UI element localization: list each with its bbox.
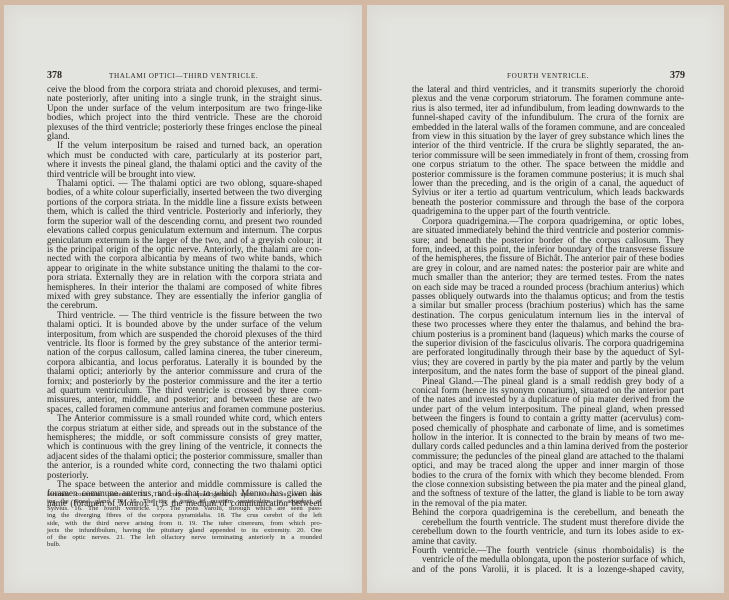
right-page: FOURTH VENTRICLE. 379 the lateral and th… (367, 5, 724, 593)
text-line: plexuses of the third ventricle; posteri… (47, 123, 322, 132)
left-page-footnotes: foramen commune posterius. 13. The corpo… (47, 491, 322, 548)
text-line: ing the pineal gland, 14. 15. The iter a… (47, 498, 322, 505)
right-running-head: FOURTH VENTRICLE. (507, 72, 589, 80)
text-line: side, with the third nerve arising from … (47, 520, 322, 527)
text-line: bulb. (47, 541, 322, 548)
left-page-header: 378 THALAMI OPTICI—THIRD VENTRICLE. (47, 72, 321, 84)
text-line: foramen commune posterius. 13. The corpo… (47, 491, 322, 498)
right-page-body-text: the lateral and third ventricles, and it… (412, 85, 684, 574)
left-running-head: THALAMI OPTICI—THIRD VENTRICLE. (109, 72, 258, 80)
text-line: ing the diverging fibres of the corpora … (47, 512, 322, 519)
text-line: Sylvius. 16. The fourth ventricle. 17. T… (47, 505, 322, 512)
text-line: of the optic nerves. 21. The left olfact… (47, 534, 322, 541)
right-page-header: FOURTH VENTRICLE. 379 (412, 72, 685, 84)
text-line: and of the pons Varolii, it is placed. I… (412, 565, 684, 574)
left-page-body-text: ceive the blood from the corpora striata… (47, 85, 322, 508)
left-page-number: 378 (47, 70, 62, 81)
text-line: jects the infundibulum, having the pitui… (47, 527, 322, 534)
right-page-number: 379 (670, 70, 685, 81)
left-page: 378 THALAMI OPTICI—THIRD VENTRICLE. ceiv… (4, 5, 362, 593)
